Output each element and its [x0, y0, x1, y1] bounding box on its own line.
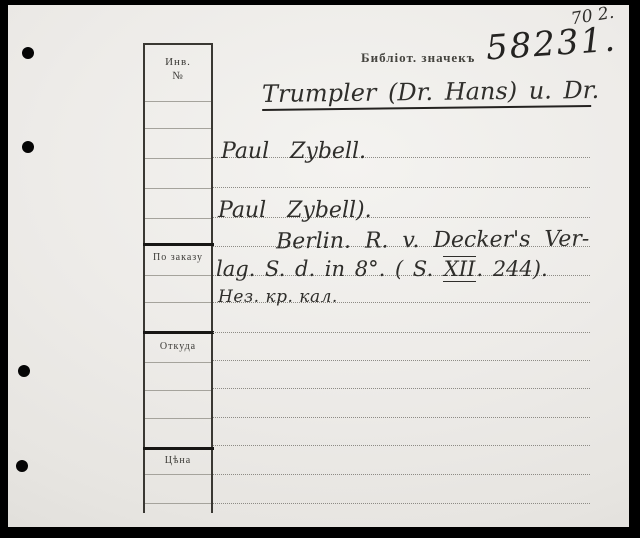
photo-border-bottom [0, 527, 640, 538]
form-label-price: Цѣна [144, 455, 212, 466]
ruled-line [213, 445, 590, 446]
imprint-roman-numeral: XII [443, 256, 477, 282]
form-rule-line [145, 302, 211, 303]
entry-imprint-line2: lag. S. d. in 8°. ( S. XII. 244). [216, 257, 548, 281]
ruled-line [213, 187, 590, 188]
form-top-border [144, 43, 213, 45]
ruled-line [213, 388, 590, 389]
entry-author-line: Paul Zybell. [221, 139, 366, 164]
form-vertical-line [211, 43, 213, 513]
stamp-label: Библіот. значекъ [361, 50, 475, 66]
form-rule-line [145, 128, 211, 129]
entry-heading: Trumpler (Dr. Hans) u. Dr. [262, 76, 591, 111]
form-rule-line [145, 158, 211, 159]
punch-hole [18, 365, 30, 377]
form-rule-line [145, 101, 211, 102]
form-rule-line [145, 474, 211, 475]
ruled-line [213, 503, 590, 504]
punch-hole [22, 141, 34, 153]
ruled-line [213, 360, 590, 361]
form-label-origin: Откуда [144, 341, 212, 352]
ruled-line [213, 417, 590, 418]
imprint-line2-suffix: . 244). [476, 257, 547, 281]
imprint-line2-prefix: lag. S. d. in 8°. ( S. [216, 257, 443, 281]
form-rule-line [145, 362, 211, 363]
form-rule-line [145, 503, 211, 504]
ruled-line [213, 332, 590, 333]
form-section-divider [143, 447, 214, 450]
photo-frame: Инв. № По заказу Откуда Цѣна Библіот. зн… [0, 0, 640, 538]
form-rule-line [145, 218, 211, 219]
form-rule-line [145, 275, 211, 276]
photo-border-left [0, 0, 8, 538]
form-vertical-line [143, 43, 145, 513]
punch-hole [16, 460, 28, 472]
entry-imprint-line1: Berlin. R. v. Decker's Ver- [276, 227, 590, 255]
punch-hole [22, 47, 34, 59]
form-label-inventory: Инв. [144, 56, 212, 68]
form-rule-line [145, 188, 211, 189]
form-label-inventory-no: № [144, 70, 212, 82]
entry-author-line-repeat: Paul Zybell). [218, 198, 372, 223]
ruled-line [213, 474, 590, 475]
photo-border-top [0, 0, 640, 5]
photo-border-right [629, 0, 640, 538]
form-section-divider [143, 243, 214, 246]
form-section-divider [143, 331, 214, 334]
form-rule-line [145, 390, 211, 391]
form-label-order: По заказу [144, 252, 212, 263]
form-rule-line [145, 418, 211, 419]
entry-note-line: Нез. кр. кал. [218, 287, 338, 307]
